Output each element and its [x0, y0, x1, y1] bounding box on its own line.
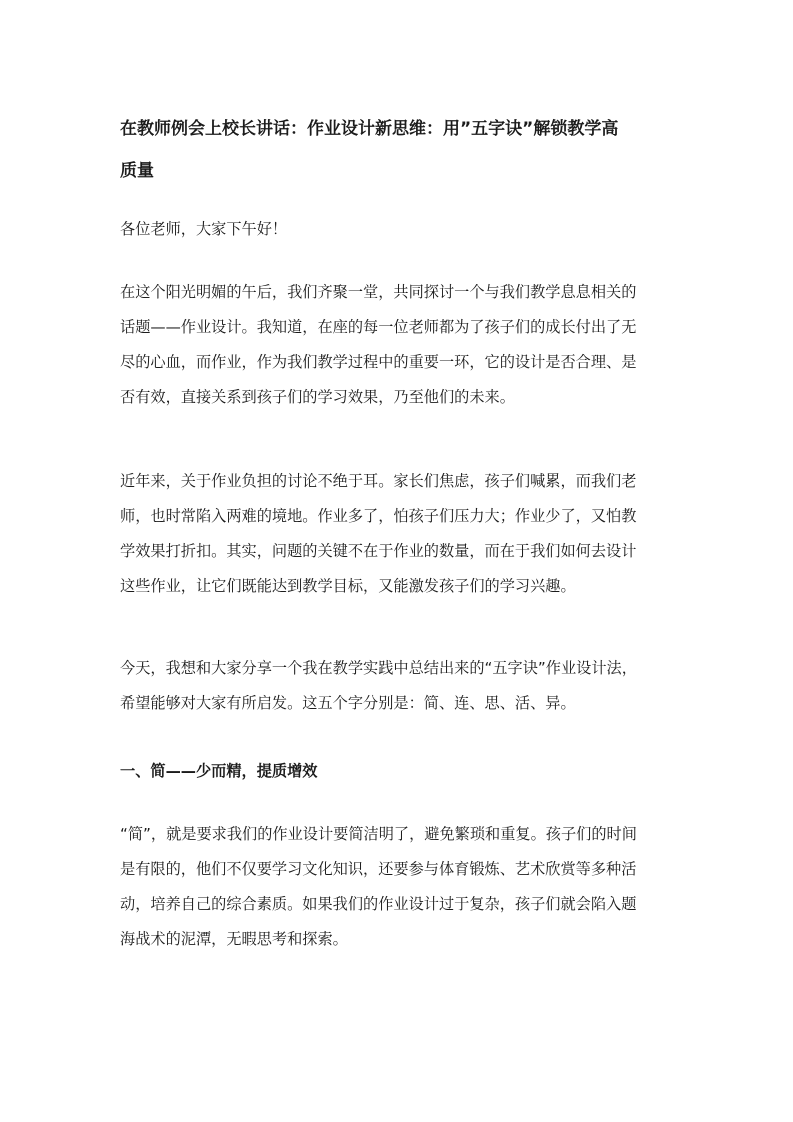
- text-line: 在这个阳光明媚的午后，我们齐聚一堂，共同探讨一个与我们教学息息相关的: [120, 275, 680, 310]
- text-line: 否有效，直接关系到孩子们的学习效果，乃至他们的未来。: [120, 380, 680, 415]
- text-line: 今天，我想和大家分享一个我在教学实践中总结出来的“五字诀”作业设计法，: [120, 651, 680, 686]
- text-line: “简”，就是要求我们的作业设计要简洁明了，避免繁琐和重复。孩子们的时间: [120, 817, 680, 852]
- document-title: 在教师例会上校长讲话：作业设计新思维：用”五字诀”解锁教学高 质量: [120, 108, 680, 192]
- greeting: 各位老师，大家下午好！: [120, 212, 680, 247]
- paragraph-five-words: 今天，我想和大家分享一个我在教学实践中总结出来的“五字诀”作业设计法， 希望能够…: [120, 651, 680, 721]
- greeting-line: 各位老师，大家下午好！: [120, 212, 680, 247]
- text-line: 师，也时常陷入两难的境地。作业多了，怕孩子们压力大；作业少了，又怕教: [120, 499, 680, 534]
- text-line: 学效果打折扣。其实，问题的关键不在于作业的数量，而在于我们如何去设计: [120, 534, 680, 569]
- title-line: 在教师例会上校长讲话：作业设计新思维：用”五字诀”解锁教学高: [120, 108, 680, 150]
- text-line: 是有限的，他们不仅要学习文化知识，还要参与体育锻炼、艺术欣赏等多种活: [120, 852, 680, 887]
- paragraph-simple: “简”，就是要求我们的作业设计要简洁明了，避免繁琐和重复。孩子们的时间 是有限的…: [120, 817, 680, 957]
- paragraph-homework-burden: 近年来，关于作业负担的讨论不绝于耳。家长们焦虑，孩子们喊累，而我们老 师，也时常…: [120, 464, 680, 604]
- title-line: 质量: [120, 150, 680, 192]
- section-heading: 一、简——少而精，提质增效: [120, 754, 680, 789]
- text-line: 希望能够对大家有所启发。这五个字分别是：简、连、思、活、异。: [120, 686, 680, 721]
- text-line: 海战术的泥潭，无暇思考和探索。: [120, 922, 680, 957]
- text-line: 近年来，关于作业负担的讨论不绝于耳。家长们焦虑，孩子们喊累，而我们老: [120, 464, 680, 499]
- text-line: 话题——作业设计。我知道，在座的每一位老师都为了孩子们的成长付出了无: [120, 310, 680, 345]
- text-line: 尽的心血，而作业，作为我们教学过程中的重要一环，它的设计是否合理、是: [120, 345, 680, 380]
- text-line: 动，培养自己的综合素质。如果我们的作业设计过于复杂，孩子们就会陷入题: [120, 887, 680, 922]
- paragraph-intro: 在这个阳光明媚的午后，我们齐聚一堂，共同探讨一个与我们教学息息相关的 话题——作…: [120, 275, 680, 415]
- text-line: 这些作业，让它们既能达到教学目标，又能激发孩子们的学习兴趣。: [120, 569, 680, 604]
